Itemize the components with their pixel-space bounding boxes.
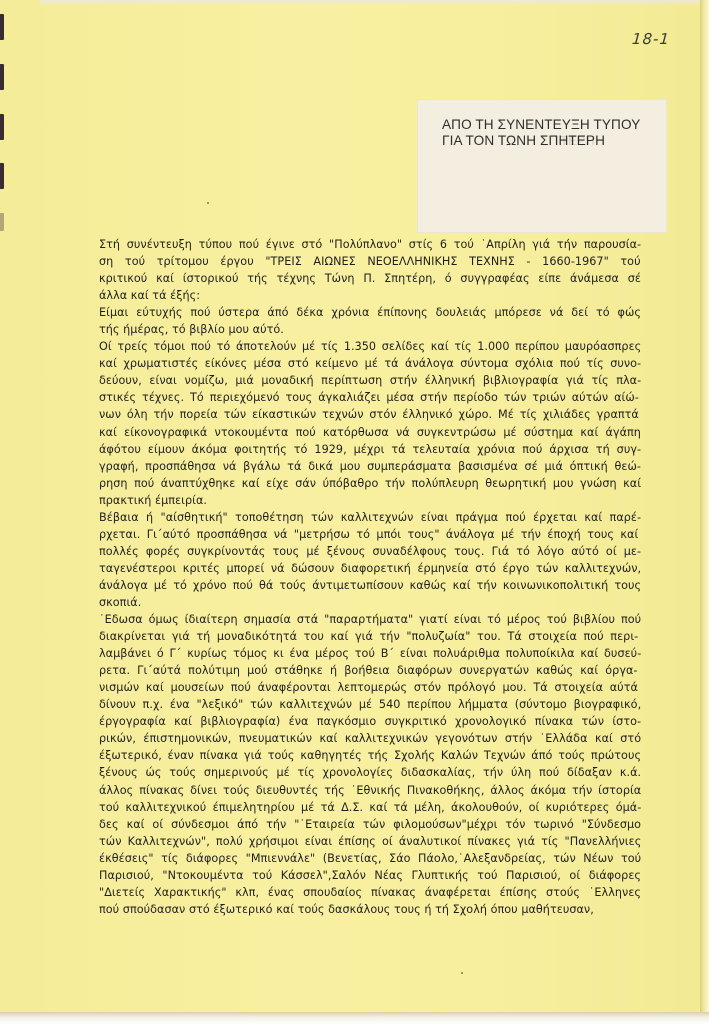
text-line: ση τού τρίτομου έργου "ΤΡΕΙΣ ΑΙΩΝΕΣ ΝΕΟΕ… [99,253,637,270]
text-line: τής ήμέρας, τό βιβλίο μου αύτό. [99,321,637,338]
text-line: τών Καλλιτεχνών", πολύ χρήσιμοι είναι έπ… [99,833,637,850]
text-line: πού σπούδασαν στό έξωτερικό καί τούς δασ… [99,901,637,918]
text-line: Παρισιού, "Ντοκουμέντα τού Κάσσελ",Σαλόν… [99,867,637,884]
text-line: άλλος πίνακας δίνει τούς διευθυντές τής … [99,782,637,799]
title-line-1: ΑΠΟ ΤΗ ΣΥΝΕΝΤΕΥΞΗ ΤΥΠΟΥ [442,117,640,133]
text-line: ρικών, έπιστημονικών, πνευματικών καί κα… [99,730,637,747]
text-line: νισμών καί μουσείων πού άναφέρονται λεπτ… [99,679,637,696]
binding-hole-mark [0,64,4,90]
text-line: άνάλογα μέ τό χρόνο πού θά τούς άντιμετω… [99,577,637,594]
text-line: δες καί οί σύνδεσμοι άπό τήν "˙Εταιρεία … [99,816,637,833]
text-line: σκοπιά. [99,594,637,611]
page-top-edge [40,0,700,6]
binding-hole-mark [0,163,4,189]
text-line: Είμαι εύτυχής πού ύστερα άπό δέκα χρόνια… [99,304,637,321]
text-line: δεύουν, είναι νομίζω, μιά μοναδική περίπ… [99,372,637,389]
text-line: τού καλλιτεχνικού έπιμελητηρίου μέ τά Δ.… [99,799,637,816]
text-line: καί είκονογραφικά ντοκουμέντα πού κατόρθ… [99,424,637,441]
paper-speck [461,972,463,974]
text-line: διακρίνεται γιά τή μοναδικότητά του καί … [99,628,637,645]
text-line: "Διετείς Χαρακτικής" κλπ, ένας σπουδαίος… [99,884,637,901]
text-line: άλλα καί τά έξής: [99,287,637,304]
text-line: πολλές φορές συγκρίνοντάς τους μέ ξένους… [99,543,637,560]
text-line: στικές τέχνες. Τό περιεχόμενό τους άγκαλ… [99,389,637,406]
text-line: ρηση πού άναπτύχθηκε καί είχε σάν ύπόβαθ… [99,475,637,492]
title-label-text: ΑΠΟ ΤΗ ΣΥΝΕΝΤΕΥΞΗ ΤΥΠΟΥ ΓΙΑ ΤΟΝ ΤΩΝΗ ΣΠΗ… [442,117,640,149]
title-line-2: ΓΙΑ ΤΟΝ ΤΩΝΗ ΣΠΗΤΕΡΗ [442,133,640,149]
text-line: ξένους ώς τούς σημερινούς μέ τίς χρονολο… [99,764,637,781]
article-body: Στή συνέντευξη τύπου πού έγινε στό "Πολύ… [99,236,637,918]
page-number: 18-1 [631,30,670,48]
text-line: Οί τρείς τόμοι πού τό άποτελούν μέ τίς 1… [99,338,637,355]
text-line: Στή συνέντευξη τύπου πού έγινε στό "Πολύ… [99,236,637,253]
text-line: κριτικού καί ίστορικού τής τέχνης Τώνη Π… [99,270,637,287]
text-line: πρακτική έμπειρία. [99,492,637,509]
text-line: ταγενέστεροι κριτές μπορεί νά δώσουν δια… [99,560,637,577]
text-line: έργογραφία καί βιβλιογραφία) ένα παγκόσμ… [99,713,637,730]
binding-hole-mark [0,14,4,40]
binding-hole-mark [0,114,4,140]
text-line: λαμβάνει ό Γ΄ κυρίως τόμος κι ένα μέρος … [99,645,637,662]
text-line: έξωτερικό, έναν πίνακα γιά τούς καθηγητέ… [99,747,637,764]
text-line: ρετα. Γι΄αύτά πολύτιμη μού στάθηκε ή βοή… [99,662,637,679]
text-line: νων όλη τήν πορεία τών είκαστικών τεχνών… [99,406,637,423]
text-line: δίνουν π.χ. ένα "λεξικό" τών καλλιτεχνών… [99,696,637,713]
text-line: Βέβαια ή "αίσθητική" τοποθέτηση τών καλλ… [99,509,637,526]
pasted-title-label: ΤΕΡΗ ΑΠΟ ΤΗ ΣΥΝΕΝΤΕΥΞΗ ΤΥΠΟΥ ΓΙΑ ΤΟΝ ΤΩΝ… [418,100,666,232]
text-line: γραφή, προσπάθησα νά βγάλω τά δικά μου σ… [99,458,637,475]
paper-speck [207,202,209,204]
text-line: ˙Εδωσα όμως ίδιαίτερη σημασία στά "παραρ… [99,611,637,628]
text-line: άφότου είμουν άκόμα φοιτητής τό 1929, μέ… [99,441,637,458]
binding-hole-mark [0,213,4,231]
page-bottom-edge [0,1012,709,1024]
page-right-edge [700,0,709,1024]
text-line: ρχεται. Γι΄αύτό προσπάθησα νά "μετρήσω τ… [99,526,637,543]
text-line: καί χρωματιστές είκόνες μέσα στό κείμενο… [99,355,637,372]
text-line: έκθέσεις" τίς διάφορες "Μπιεννάλε" (Βενε… [99,850,637,867]
